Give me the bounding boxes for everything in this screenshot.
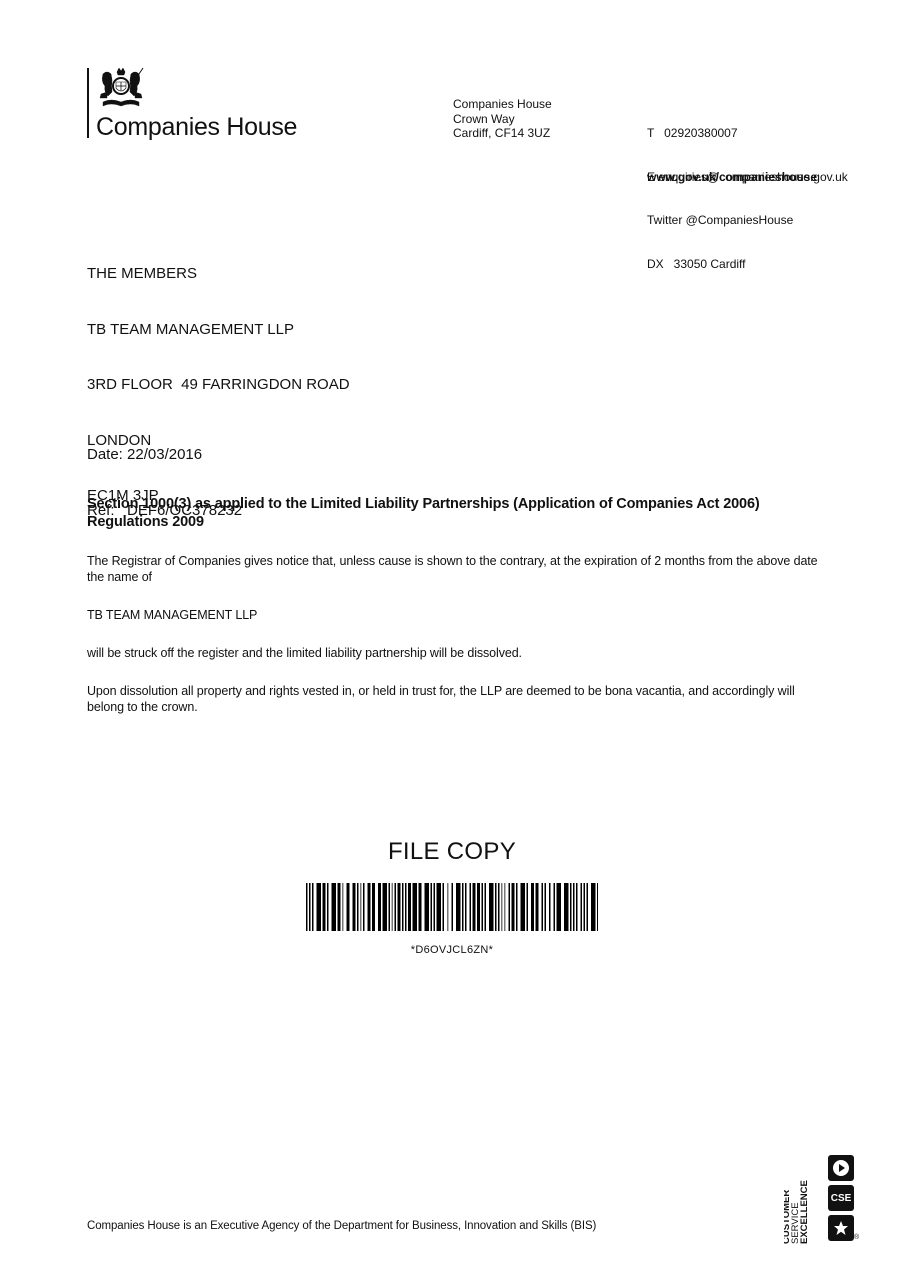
footer-text: Companies House is an Executive Agency o… <box>87 1220 596 1232</box>
notice-paragraph: The Registrar of Companies gives notice … <box>87 553 827 585</box>
date-line: Date: 22/03/2016 <box>87 446 242 465</box>
notice-paragraph: will be struck off the register and the … <box>87 645 827 661</box>
notice-heading: Section 1000(3) as applied to the Limite… <box>87 495 827 531</box>
svg-text:EXCELLENCE: EXCELLENCE <box>799 1180 810 1244</box>
sender-address-line: Crown Way <box>453 112 552 127</box>
llp-name: TB TEAM MANAGEMENT LLP <box>87 607 827 623</box>
recipient-line: 3RD FLOOR 49 FARRINGDON ROAD <box>87 376 350 395</box>
logo-wordmark: Companies House <box>96 113 297 142</box>
barcode-text: *D6OVJCL6ZN* <box>0 944 904 956</box>
sender-address-line: Companies House <box>453 97 552 112</box>
registered-mark: ® <box>854 1234 859 1241</box>
barcode <box>306 883 598 931</box>
royal-coat-of-arms-icon <box>97 66 145 110</box>
file-copy-label: FILE COPY <box>0 838 904 866</box>
recipient-line: TB TEAM MANAGEMENT LLP <box>87 321 350 340</box>
date-value: 22/03/2016 <box>127 446 202 463</box>
sender-address: Companies House Crown Way Cardiff, CF14 … <box>453 97 552 141</box>
date-label: Date: <box>87 446 123 463</box>
recipient-line: THE MEMBERS <box>87 265 350 284</box>
sender-contact: T 02920380007 E enquiries@companieshouse… <box>647 97 848 286</box>
contact-phone: T 02920380007 <box>647 126 848 141</box>
notice-paragraph: Upon dissolution all property and rights… <box>87 683 827 715</box>
play-icon <box>828 1155 854 1181</box>
customer-service-excellence-text: CUSTOMER SERVICE EXCELLENCE <box>784 1178 824 1244</box>
website-link: www.gov.uk/companieshouse <box>647 170 817 185</box>
star-icon <box>828 1215 854 1241</box>
sender-address-line: Cardiff, CF14 3UZ <box>453 126 552 141</box>
cse-icon: CSE <box>828 1185 854 1211</box>
logo-divider <box>87 68 89 138</box>
contact-dx: DX 33050 Cardiff <box>647 257 848 272</box>
contact-twitter: Twitter @CompaniesHouse <box>647 213 848 228</box>
